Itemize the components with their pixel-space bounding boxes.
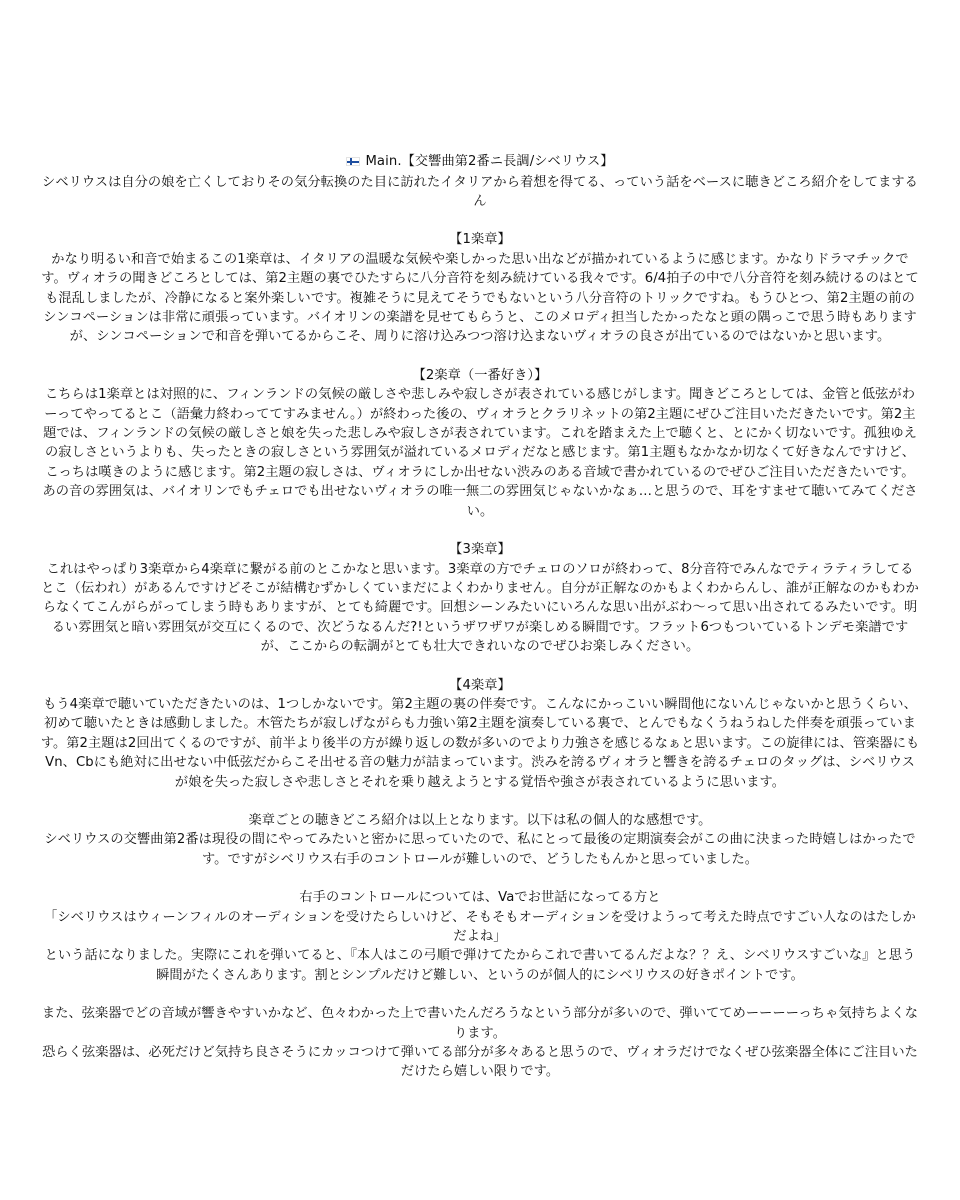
spacer (40, 211, 920, 230)
spacer (40, 985, 920, 1004)
impressions-paragraph: また、弦楽器でどの音域が響きやすいかなど、色々わかった上で書いたんだろうなという… (40, 1004, 920, 1043)
closing-paragraph: 恐らく弦楽器は、必死だけど気持ち良さそうにカッコつけて弾いてる部分が多々あると思… (40, 1043, 920, 1082)
movement-3-heading: 【3楽章】 (40, 540, 920, 559)
movement-2-heading: 【2楽章（一番好き）】 (40, 366, 920, 385)
movement-1-heading: 【1楽章】 (40, 230, 920, 249)
spacer (40, 347, 920, 366)
program-notes-document: Main.【交響曲第2番ニ長調/シベリウス】 シベリウスは自分の娘を亡くしており… (40, 152, 920, 1082)
title-line: Main.【交響曲第2番ニ長調/シベリウス】 (40, 152, 920, 173)
movement-3-body: これはやっぱり3楽章から4楽章に繋がる前のとこかなと思います。3楽章の方でチェロ… (40, 560, 920, 657)
quote-text: 「シベリウスはウィーンフィルのオーディションを受けたらしいけど、そもそもオーディ… (40, 908, 920, 947)
movement-4-body: もう4楽章で聴いていただきたいのは、1つしかないです。第2主題の裏の伴奏です。こ… (40, 695, 920, 792)
movement-1-body: かなり明るい和音で始まるこの1楽章は、イタリアの温暖な気候や楽しかった思い出など… (40, 250, 920, 347)
impressions-paragraph: シベリウスの交響曲第2番は現役の間にやってみたいと密かに思っていたので、私にとっ… (40, 830, 920, 869)
document-title: Main.【交響曲第2番ニ長調/シベリウス】 (365, 152, 613, 171)
impressions-paragraph: という話になりました。実際にこれを弾いてると、『本人はこの弓順で弾けてたからこれ… (40, 946, 920, 985)
impressions-paragraph: 右手のコントロールについては、Vaでお世話になってる方と (40, 888, 920, 907)
finland-flag-icon (346, 157, 360, 166)
movement-2-body: こちらは1楽章とは対照的に、フィンランドの気候の厳しさや悲しみや寂しさが表されて… (40, 385, 920, 521)
movement-4-heading: 【4楽章】 (40, 676, 920, 695)
spacer (40, 869, 920, 888)
spacer (40, 792, 920, 811)
impressions-intro: 楽章ごとの聴きどころ紹介は以上となります。以下は私の個人的な感想です。 (40, 811, 920, 830)
intro-text: シベリウスは自分の娘を亡くしておりその気分転換のた目に訪れたイタリアから着想を得… (40, 173, 920, 212)
spacer (40, 657, 920, 676)
spacer (40, 521, 920, 540)
